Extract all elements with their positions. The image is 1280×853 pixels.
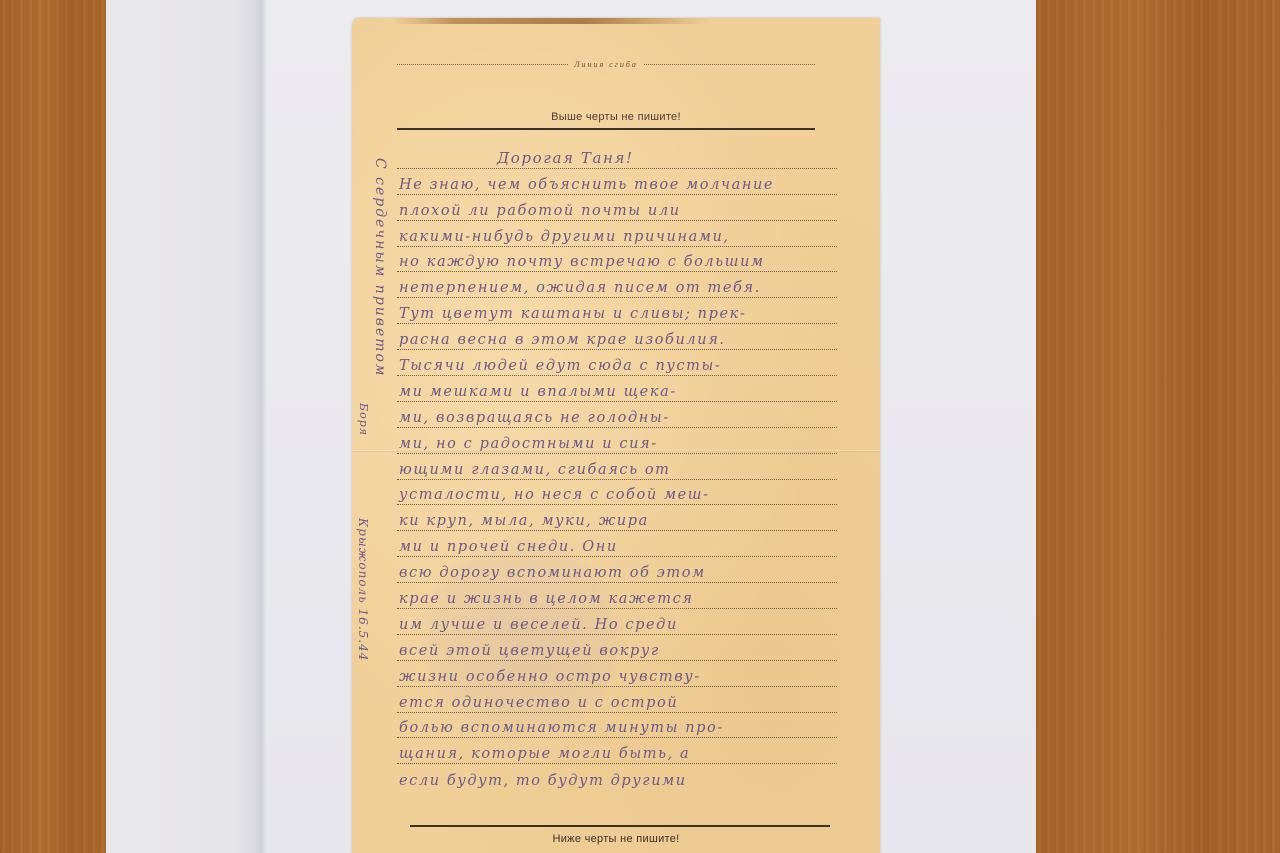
text-line: ми, возвращаясь не голодны- — [397, 402, 837, 428]
wooden-table-right — [1036, 0, 1280, 853]
text-line: ми и прочей снеди. Они — [397, 531, 837, 557]
paper-stain — [392, 18, 712, 24]
text-line: болью вспоминаются минуты про- — [397, 713, 837, 739]
text-line: ется одиночество и с острой — [397, 687, 837, 713]
wartime-letter: Линия сгиба Выше черты не пишите! Дорога… — [352, 18, 880, 853]
text-line: какими-нибудь другими причинами, — [397, 221, 837, 247]
above-line-warning: Выше черты не пишите! — [352, 111, 880, 123]
text-line: им лучше и веселей. Но среди — [397, 609, 837, 635]
top-rule — [397, 128, 815, 130]
text-line: всю дорогу вспоминают об этом — [397, 557, 837, 583]
text-line: ющими глазами, сгибаясь от — [397, 454, 837, 480]
text-line: Не знаю, чем объяснить твое молчание — [397, 169, 837, 195]
text-line: Тут цветут каштаны и сливы; прек- — [397, 298, 837, 324]
text-line: но каждую почту встречаю с большим — [397, 247, 837, 273]
fold-line-label: Линия сгиба — [574, 60, 638, 69]
text-line: нетерпением, ожидая писем от тебя. — [397, 272, 837, 298]
white-backing-sheet — [106, 0, 266, 853]
text-line: ки круп, мыла, муки, жира — [397, 505, 837, 531]
text-line: ми мешками и впалыми щека- — [397, 376, 837, 402]
margin-signature: Боря — [357, 403, 370, 436]
handwritten-body: Дорогая Таня! Не знаю, чем объяснить тво… — [397, 143, 875, 790]
text-line: если будут, то будут другими — [397, 764, 837, 790]
text-line: крае и жизнь в целом кажется — [397, 583, 837, 609]
wooden-table-left — [0, 0, 106, 853]
fold-line: Линия сгиба — [397, 60, 815, 69]
margin-greeting: С сердечным приветом — [372, 158, 388, 378]
margin-place-date: Крыжополь 16.5.44 — [356, 518, 370, 661]
bottom-rule — [410, 825, 830, 827]
text-line: ми, но с радостными и сия- — [397, 428, 837, 454]
salutation: Дорогая Таня! — [497, 149, 634, 167]
text-line: Тысячи людей едут сюда с пусты- — [397, 350, 837, 376]
text-line: всей этой цветущей вокруг — [397, 635, 837, 661]
salutation-line: Дорогая Таня! — [397, 143, 837, 169]
text-line: плохой ли работой почты или — [397, 195, 837, 221]
text-line: щания, которые могли быть, а — [397, 738, 837, 764]
text-line: расна весна в этом крае изобилия. — [397, 324, 837, 350]
text-line: жизни особенно остро чувству- — [397, 661, 837, 687]
below-line-warning: Ниже черты не пишите! — [352, 833, 880, 845]
text-line: усталости, но неся с собой меш- — [397, 480, 837, 506]
